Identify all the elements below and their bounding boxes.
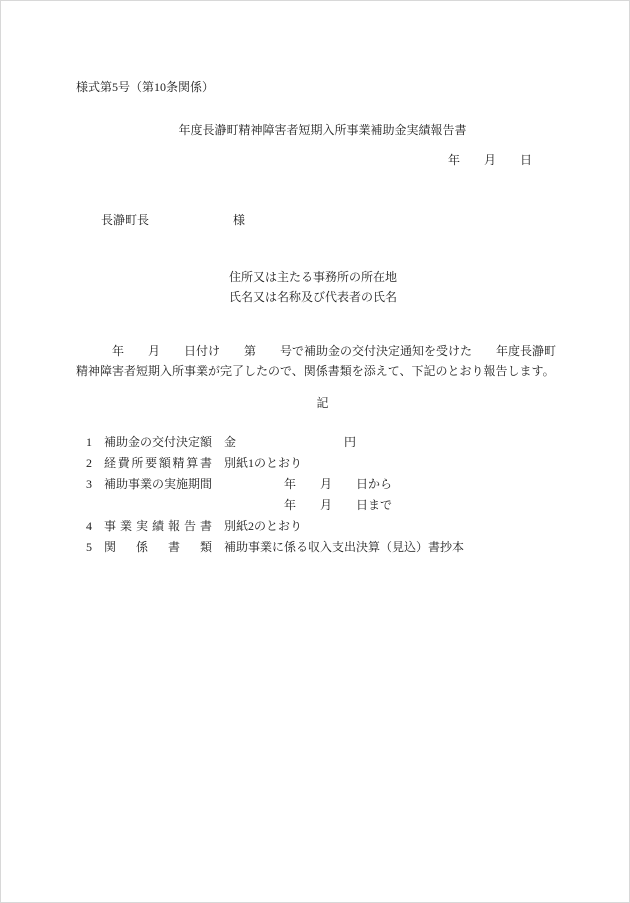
document-page: 様式第5号（第10条関係） 年度長瀞町精神障害者短期入所事業補助金実績報告書 年… xyxy=(0,0,630,903)
item-number: 5 xyxy=(86,537,104,558)
item-value: 別紙2のとおり xyxy=(212,516,302,537)
item-value: 補助事業に係る収入支出決算（見込）書抄本 xyxy=(212,537,464,558)
sender-block: 住所又は主たる事務所の所在地 氏名又は名称及び代表者の氏名 xyxy=(229,267,569,307)
item-value: 別紙1のとおり xyxy=(212,453,302,474)
item-number: 2 xyxy=(86,453,104,474)
item-label: 補助金の交付決定額 xyxy=(104,432,212,453)
item-value: 金 円 xyxy=(212,432,356,453)
sender-address-label: 住所又は主たる事務所の所在地 xyxy=(229,267,569,287)
item-row: 5 関係書類 補助事業に係る収入支出決算（見込）書抄本 xyxy=(86,537,569,558)
sender-name-label: 氏名又は名称及び代表者の氏名 xyxy=(229,287,569,307)
item-number: 4 xyxy=(86,516,104,537)
addressee-honorific: 様 xyxy=(233,212,245,228)
form-number: 様式第5号（第10条関係） xyxy=(76,79,569,95)
item-number: 1 xyxy=(86,432,104,453)
body-paragraph: 年 月 日付け 第 号で補助金の交付決定通知を受けた 年度長瀞町 精神障害者短期… xyxy=(76,341,569,381)
body-line-1: 年 月 日付け 第 号で補助金の交付決定通知を受けた 年度長瀞町 xyxy=(76,341,569,361)
item-row: 1 補助金の交付決定額 金 円 xyxy=(86,432,569,453)
item-row: 4 事業実績報告書 別紙2のとおり xyxy=(86,516,569,537)
item-value: 年 月 日から xyxy=(212,474,392,495)
document-title: 年度長瀞町精神障害者短期入所事業補助金実績報告書 xyxy=(76,122,569,138)
addressee-name: 長瀞町長 xyxy=(101,212,149,228)
record-heading: 記 xyxy=(76,395,569,411)
addressee-line: 長瀞町長 様 xyxy=(101,212,569,228)
item-row: 2 経費所要額精算書 別紙1のとおり xyxy=(86,453,569,474)
item-row: 年 月 日まで xyxy=(86,495,569,516)
item-label: 補助事業の実施期間 xyxy=(104,474,212,495)
date-line: 年 月 日 xyxy=(76,152,569,168)
item-number: 3 xyxy=(86,474,104,495)
item-number xyxy=(86,495,104,516)
body-line-2: 精神障害者短期入所事業が完了したので、関係書類を添えて、下記のとおり報告します。 xyxy=(76,361,569,381)
item-label: 関係書類 xyxy=(104,537,212,558)
item-value: 年 月 日まで xyxy=(212,495,392,516)
item-label: 事業実績報告書 xyxy=(104,516,212,537)
item-label: 経費所要額精算書 xyxy=(104,453,212,474)
items-list: 1 補助金の交付決定額 金 円 2 経費所要額精算書 別紙1のとおり 3 補助事… xyxy=(86,432,569,558)
item-row: 3 補助事業の実施期間 年 月 日から xyxy=(86,474,569,495)
item-label xyxy=(104,495,212,516)
